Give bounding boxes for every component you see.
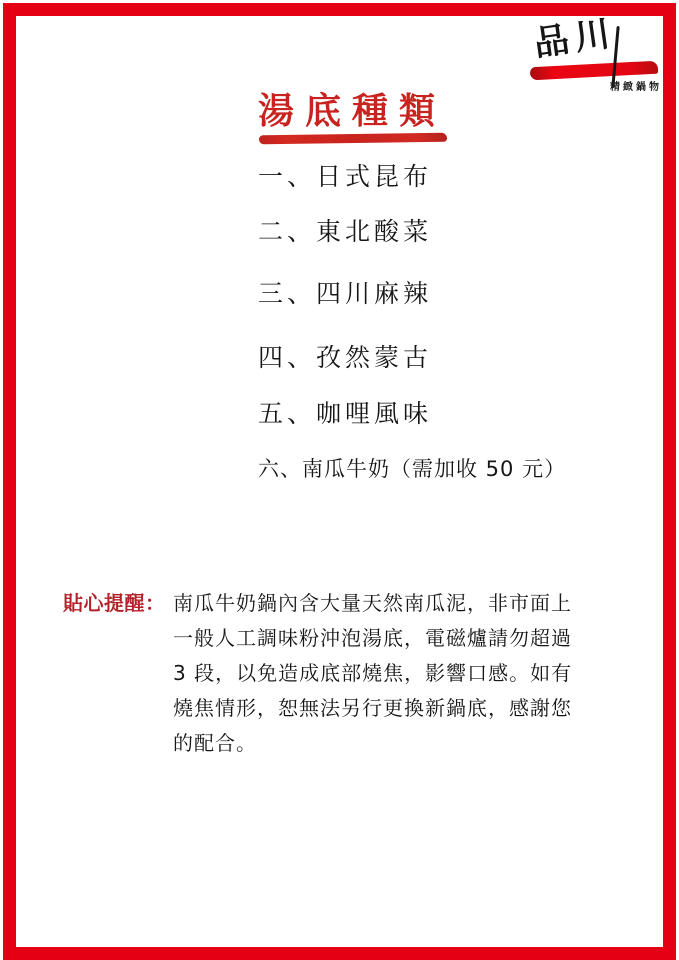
- reminder-label: 貼心提醒：: [63, 586, 173, 621]
- brand-name: 品川: [532, 16, 618, 62]
- reminder-text: 南瓜牛奶鍋內含大量天然南瓜泥，非市面上 一般人工調味粉沖泡湯底，電磁爐請勿超過 …: [173, 586, 643, 761]
- reminder-line: 燒焦情形，恕無法另行更換新鍋底，感謝您: [173, 691, 643, 726]
- reminder-line: 一般人工調味粉沖泡湯底，電磁爐請勿超過: [173, 621, 643, 656]
- reminder-line: 南瓜牛奶鍋內含大量天然南瓜泥，非市面上: [173, 586, 643, 621]
- list-item-sichuan-spicy: 三、四川麻辣: [258, 274, 432, 310]
- list-item-curry-flavor: 五、咖哩風味: [258, 394, 432, 430]
- reminder-line: 3 段，以免造成底部燒焦，影響口感。如有: [173, 656, 643, 691]
- list-item-japanese-kombu: 一、日式昆布: [258, 157, 432, 193]
- list-item-pumpkin-milk: 六、南瓜牛奶（需加收 50 元）: [258, 453, 566, 483]
- title-underline: [259, 133, 447, 145]
- page-title: 湯底種類: [258, 92, 446, 132]
- brand-logo: 品川 精緻鍋物: [528, 20, 664, 98]
- reminder-line: 的配合。: [173, 726, 643, 761]
- menu-page: 品川 精緻鍋物 湯底種類 一、日式昆布 二、東北酸菜 三、四川麻辣 四、孜然蒙古…: [0, 0, 679, 960]
- reminder-note: 貼心提醒： 南瓜牛奶鍋內含大量天然南瓜泥，非市面上 一般人工調味粉沖泡湯底，電磁…: [63, 586, 643, 761]
- list-item-cumin-mongolian: 四、孜然蒙古: [258, 338, 432, 374]
- list-item-northeast-pickled-cabbage: 二、東北酸菜: [258, 212, 432, 248]
- brand-tagline: 精緻鍋物: [610, 78, 662, 93]
